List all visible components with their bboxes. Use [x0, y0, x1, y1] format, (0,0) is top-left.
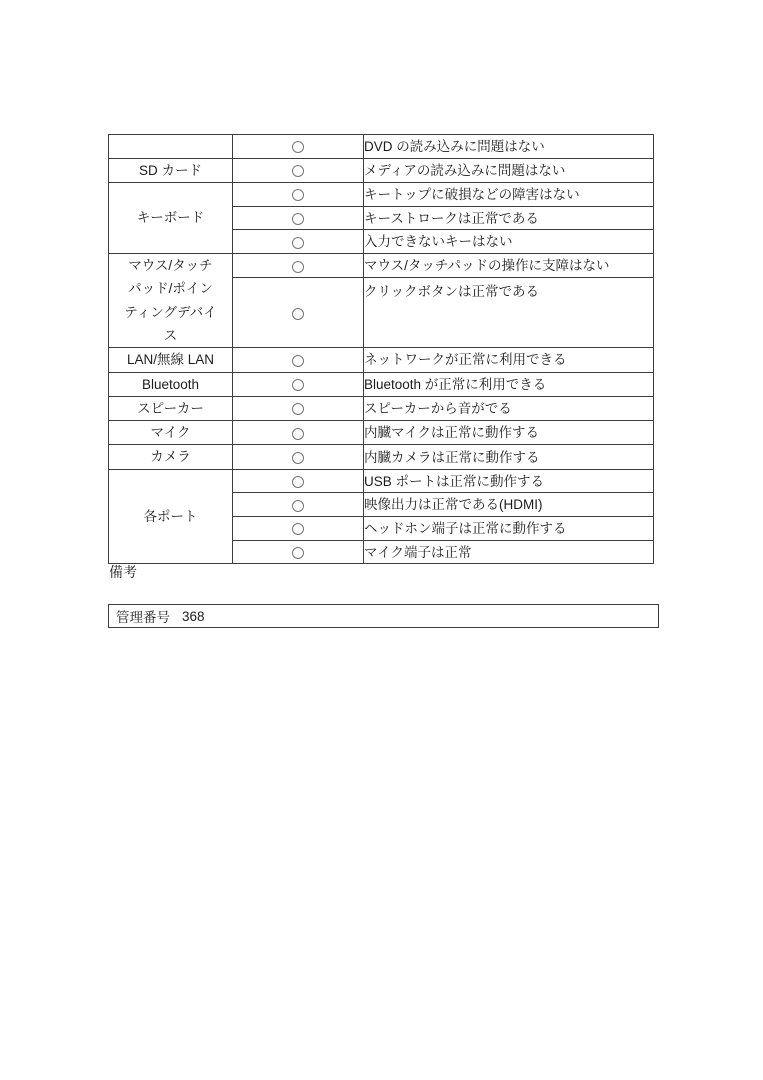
- check-circle-icon: [292, 189, 304, 201]
- management-number-value: 368: [182, 609, 205, 624]
- table-row: スピーカースピーカーから音がでる: [109, 396, 654, 420]
- table-row: キーボードキートップに破損などの障害はない: [109, 182, 654, 206]
- category-cell: [109, 135, 233, 159]
- category-cell: スピーカー: [109, 396, 233, 420]
- check-circle-icon: [292, 355, 304, 367]
- check-cell: [233, 230, 364, 254]
- check-circle-icon: [292, 379, 304, 391]
- document-page: DVD の読み込みに問題はないSD カードメディアの読み込みに問題はないキーボー…: [0, 0, 763, 1080]
- table-row: LAN/無線 LANネットワークが正常に利用できる: [109, 348, 654, 372]
- check-circle-icon: [292, 237, 304, 249]
- description-cell: Bluetooth が正常に利用できる: [364, 372, 654, 396]
- check-cell: [233, 182, 364, 206]
- check-cell: [233, 421, 364, 445]
- description-cell: 入力できないキーはない: [364, 230, 654, 254]
- table-row: 各ポートUSB ポートは正常に動作する: [109, 469, 654, 493]
- check-cell: [233, 278, 364, 348]
- category-cell: SD カード: [109, 158, 233, 182]
- description-cell: ヘッドホン端子は正常に動作する: [364, 517, 654, 541]
- category-cell: Bluetooth: [109, 372, 233, 396]
- check-cell: [233, 540, 364, 564]
- check-cell: [233, 517, 364, 541]
- check-circle-icon: [292, 547, 304, 559]
- table-row: カメラ内臓カメラは正常に動作する: [109, 445, 654, 469]
- check-cell: [233, 254, 364, 278]
- check-circle-icon: [292, 165, 304, 177]
- category-label: LAN/無線 LAN: [122, 348, 219, 371]
- check-cell: [233, 396, 364, 420]
- description-cell: キートップに破損などの障害はない: [364, 182, 654, 206]
- check-circle-icon: [292, 213, 304, 225]
- remarks-label: 備考: [109, 564, 137, 581]
- table-row: SD カードメディアの読み込みに問題はない: [109, 158, 654, 182]
- table-row: マウス/タッチパッド/ポインティングデバイスマウス/タッチパッドの操作に支障はな…: [109, 254, 654, 278]
- check-cell: [233, 135, 364, 159]
- category-cell: LAN/無線 LAN: [109, 348, 233, 372]
- management-number-box: 管理番号 368: [108, 604, 659, 628]
- category-cell: マウス/タッチパッド/ポインティングデバイス: [109, 254, 233, 348]
- description-cell: クリックボタンは正常である: [364, 278, 654, 348]
- description-cell: マウス/タッチパッドの操作に支障はない: [364, 254, 654, 278]
- description-cell: 内臓マイクは正常に動作する: [364, 421, 654, 445]
- description-cell: 映像出力は正常である(HDMI): [364, 493, 654, 517]
- category-cell: マイク: [109, 421, 233, 445]
- category-label: スピーカー: [122, 397, 219, 420]
- check-circle-icon: [292, 500, 304, 512]
- check-circle-icon: [292, 428, 304, 440]
- check-cell: [233, 469, 364, 493]
- check-cell: [233, 372, 364, 396]
- category-label: SD カード: [122, 159, 219, 182]
- description-cell: USB ポートは正常に動作する: [364, 469, 654, 493]
- table-row: BluetoothBluetooth が正常に利用できる: [109, 372, 654, 396]
- category-label: マウス/タッチパッド/ポインティングデバイス: [122, 254, 219, 347]
- check-circle-icon: [292, 308, 304, 320]
- description-cell: メディアの読み込みに問題はない: [364, 158, 654, 182]
- description-cell: スピーカーから音がでる: [364, 396, 654, 420]
- category-cell: カメラ: [109, 445, 233, 469]
- checklist-body: DVD の読み込みに問題はないSD カードメディアの読み込みに問題はないキーボー…: [109, 135, 654, 564]
- check-cell: [233, 206, 364, 230]
- management-number-label: 管理番号: [116, 606, 170, 626]
- check-cell: [233, 158, 364, 182]
- check-cell: [233, 493, 364, 517]
- description-cell: マイク端子は正常: [364, 540, 654, 564]
- category-label: キーボード: [122, 206, 219, 229]
- category-label: 各ポート: [122, 505, 219, 528]
- table-row: マイク内臓マイクは正常に動作する: [109, 421, 654, 445]
- check-circle-icon: [292, 523, 304, 535]
- check-circle-icon: [292, 452, 304, 464]
- table-row: DVD の読み込みに問題はない: [109, 135, 654, 159]
- check-cell: [233, 445, 364, 469]
- category-label: Bluetooth: [122, 373, 219, 396]
- description-cell: DVD の読み込みに問題はない: [364, 135, 654, 159]
- category-cell: キーボード: [109, 182, 233, 253]
- category-label: カメラ: [122, 445, 219, 468]
- description-cell: 内臓カメラは正常に動作する: [364, 445, 654, 469]
- check-circle-icon: [292, 403, 304, 415]
- checklist-table: DVD の読み込みに問題はないSD カードメディアの読み込みに問題はないキーボー…: [108, 134, 654, 564]
- check-cell: [233, 348, 364, 372]
- check-circle-icon: [292, 476, 304, 488]
- check-circle-icon: [292, 141, 304, 153]
- check-circle-icon: [292, 261, 304, 273]
- category-label: マイク: [122, 421, 219, 444]
- category-cell: 各ポート: [109, 469, 233, 564]
- description-cell: キーストロークは正常である: [364, 206, 654, 230]
- description-cell: ネットワークが正常に利用できる: [364, 348, 654, 372]
